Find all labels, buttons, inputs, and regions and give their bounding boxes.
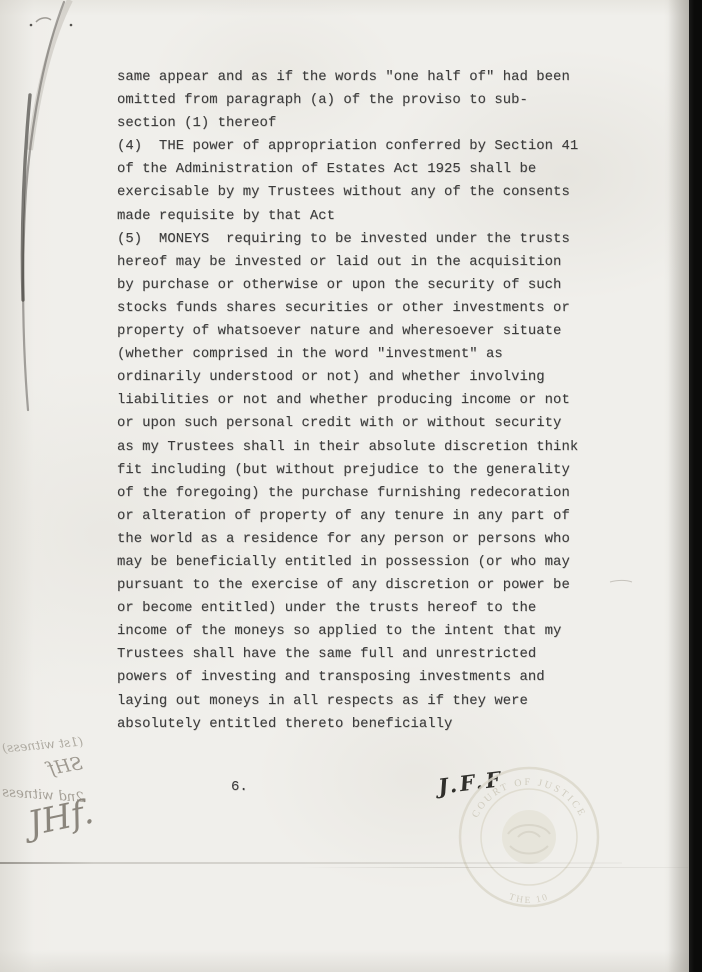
mirrored-initials-scribble: SHf: [46, 753, 84, 780]
pencil-dot-left: [30, 24, 33, 27]
faint-pencil-dash: [610, 581, 632, 583]
corner-fold-shadow: [30, 0, 70, 150]
paper-right-edge-shadow: [668, 0, 690, 972]
typewritten-body-text: same appear and as if the words "one hal…: [117, 66, 578, 736]
seal-crest: [502, 810, 556, 864]
mirrored-witness-note-1: (1st witness): [2, 733, 84, 755]
seal-crest-detail: [508, 825, 550, 854]
left-edge-crease: [23, 2, 64, 410]
left-edge-crease-dark: [22, 95, 30, 300]
pencil-dot-right: [70, 24, 73, 27]
page-number: 6.: [231, 779, 248, 795]
svg-text:THE 10: THE 10: [507, 892, 550, 906]
horizontal-fold-crease-secondary: [300, 867, 688, 868]
horizontal-fold-crease: [0, 862, 622, 864]
seal-arc-text-bottom: THE 10: [507, 892, 550, 906]
handwritten-initials-jff: J.F.F: [437, 766, 505, 799]
paper-sheet: same appear and as if the words "one hal…: [0, 0, 690, 972]
scanner-edge-strip: [689, 0, 702, 972]
scanned-document-page: same appear and as if the words "one hal…: [0, 0, 702, 972]
seal-inner-ring: [481, 789, 577, 885]
pencil-squiggle-mark: [36, 18, 51, 22]
